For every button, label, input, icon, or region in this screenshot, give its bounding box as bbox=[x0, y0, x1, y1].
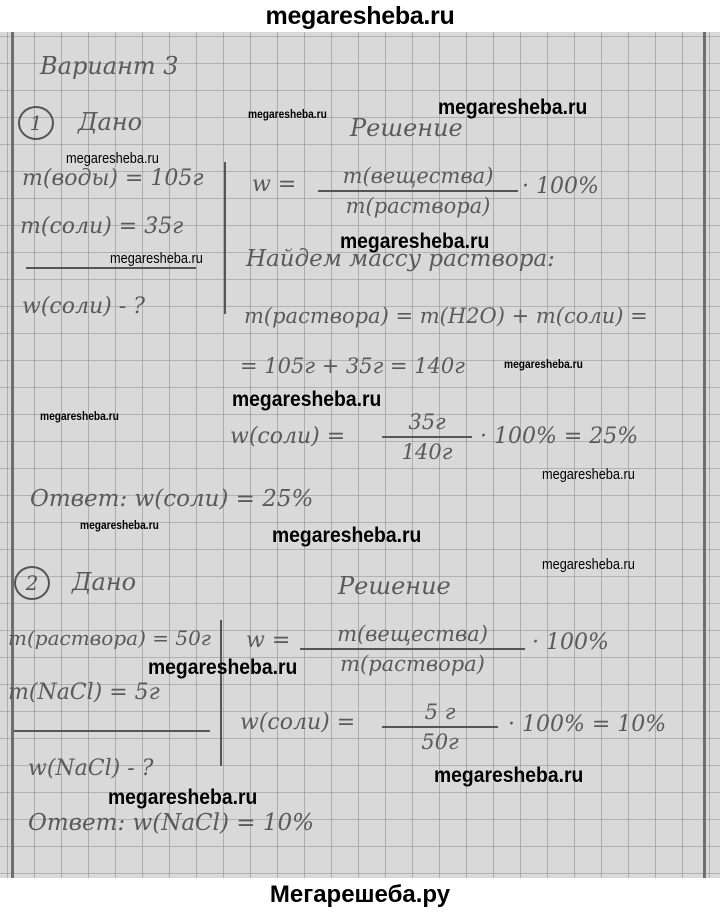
problem-1-calc-result: · 100% = 25% bbox=[480, 424, 638, 449]
watermark: megaresheba.ru bbox=[434, 764, 583, 788]
watermark: megaresheba.ru bbox=[108, 786, 257, 810]
site-header[interactable]: megaresheba.ru bbox=[0, 0, 720, 32]
watermark: megaresheba.ru bbox=[80, 518, 159, 532]
problem-2-given-nacl: m(NaCl) = 5г bbox=[8, 680, 160, 705]
site-footer[interactable]: Мегарешеба.ру bbox=[0, 878, 720, 912]
problem-1-given-salt: m(соли) = 35г bbox=[20, 214, 183, 239]
given-divider bbox=[26, 267, 196, 269]
problem-1-formula-fraction: m(вещества) m(раствора) bbox=[318, 164, 518, 218]
calc-numerator: 5 г bbox=[425, 700, 456, 724]
watermark: megaresheba.ru bbox=[340, 230, 489, 254]
fraction-bar bbox=[318, 190, 518, 192]
watermark: megaresheba.ru bbox=[248, 107, 327, 121]
problem-2-solution-heading: Решение bbox=[338, 572, 451, 600]
problem-1-mass-result: = 105г + 35г = 140г bbox=[240, 354, 465, 378]
problem-1-calc-lhs: w(соли) = bbox=[230, 424, 345, 449]
problem-2-find: w(NaCl) - ? bbox=[28, 756, 153, 781]
watermark: megaresheba.ru bbox=[504, 357, 583, 371]
problem-1-answer: Ответ: w(соли) = 25% bbox=[30, 486, 313, 512]
watermark: megaresheba.ru bbox=[40, 409, 119, 423]
problem-2-calc-lhs: w(соли) = bbox=[240, 710, 355, 735]
problem-1-given-water: m(воды) = 105г bbox=[22, 166, 203, 191]
problem-2-given-solution-mass: m(раствора) = 50г bbox=[8, 626, 211, 650]
calc-numerator: 35г bbox=[408, 410, 445, 434]
watermark: megaresheba.ru bbox=[542, 556, 635, 573]
watermark: megaresheba.ru bbox=[542, 466, 635, 483]
fraction-bar bbox=[382, 436, 472, 438]
calc-denominator: 50г bbox=[421, 730, 458, 754]
watermark: megaresheba.ru bbox=[232, 388, 381, 412]
problem-2-formula-suffix: · 100% bbox=[532, 630, 609, 655]
watermark: megaresheba.ru bbox=[438, 96, 587, 120]
problem-1-find: w(соли) - ? bbox=[22, 294, 145, 319]
problem-1-calc-fraction: 35г 140г bbox=[382, 410, 472, 464]
watermark: megaresheba.ru bbox=[148, 656, 297, 680]
formula-denominator: m(раствора) bbox=[346, 194, 491, 218]
calc-denominator: 140г bbox=[402, 440, 453, 464]
problem-1-formula-suffix: · 100% bbox=[522, 174, 599, 199]
problem-1-number: 1 bbox=[18, 106, 54, 140]
given-solution-separator bbox=[220, 620, 222, 766]
problem-2-calc-result: · 100% = 10% bbox=[508, 712, 666, 737]
fraction-bar bbox=[300, 648, 525, 650]
given-divider bbox=[14, 730, 210, 732]
watermark: megaresheba.ru bbox=[110, 250, 203, 267]
problem-2-given-heading: Дано bbox=[72, 568, 136, 596]
formula-denominator: m(раствора) bbox=[340, 652, 485, 676]
formula-numerator: m(вещества) bbox=[337, 622, 488, 646]
formula-numerator: m(вещества) bbox=[343, 164, 494, 188]
given-solution-separator bbox=[224, 162, 226, 314]
problem-1-given-heading: Дано bbox=[78, 108, 142, 136]
problem-2-answer: Ответ: w(NaCl) = 10% bbox=[28, 810, 314, 836]
problem-2-calc-fraction: 5 г 50г bbox=[382, 700, 498, 754]
problem-2-formula-fraction: m(вещества) m(раствора) bbox=[300, 622, 525, 676]
left-margin-line bbox=[11, 32, 14, 878]
fraction-bar bbox=[382, 726, 498, 728]
variant-title: Вариант 3 bbox=[40, 52, 179, 80]
problem-1-mass-equation: m(раствора) = m(H2O) + m(соли) = bbox=[244, 304, 648, 328]
watermark: megaresheba.ru bbox=[66, 150, 159, 167]
problem-2-number: 2 bbox=[14, 566, 50, 600]
right-margin-line bbox=[703, 32, 706, 878]
problem-2-formula-lhs: w = bbox=[246, 628, 290, 653]
problem-1-formula-lhs: w = bbox=[252, 172, 296, 197]
watermark: megaresheba.ru bbox=[272, 524, 421, 548]
